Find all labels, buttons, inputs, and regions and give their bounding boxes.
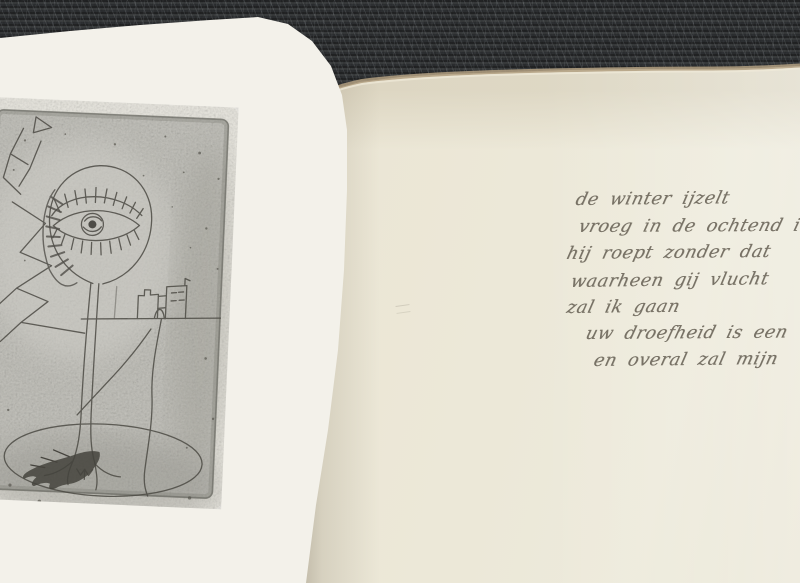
- etching-print: [0, 97, 239, 510]
- poem-line-7: en overal zal mijn: [592, 349, 781, 371]
- poem-line-5: zal ik gaan: [565, 297, 683, 318]
- poem-line-3: hij roept zonder dat: [565, 242, 773, 264]
- poem-line-4: waarheen gij vlucht: [569, 269, 771, 292]
- photo-of-open-book: de winter ijzelt vroeg in de ochtend i h…: [0, 0, 800, 583]
- poem-line-1: de winter ijzelt: [574, 188, 732, 210]
- poem-line-2: vroeg in de ochtend i: [576, 216, 800, 237]
- poem-line-6: uw droefheid is een: [583, 323, 790, 344]
